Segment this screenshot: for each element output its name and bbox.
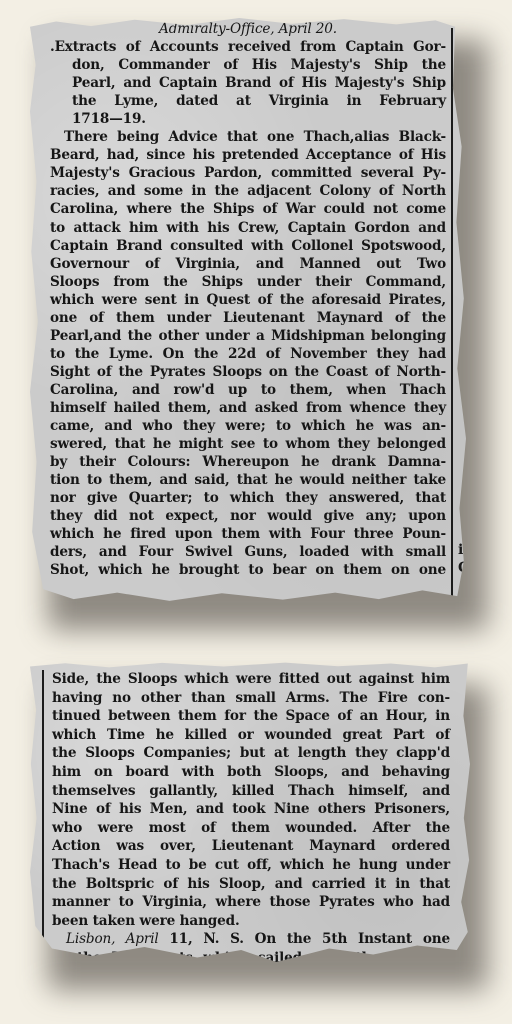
text-line: ders, and Four Swivel Guns, loaded with … [50, 543, 446, 561]
text-line: by their Colours: Whereupon he drank Dam… [50, 453, 446, 471]
text-line: having no other than small Arms. The Fir… [52, 689, 450, 708]
text-line: Beard, had, since his pretended Acceptan… [50, 146, 446, 164]
text-line: they did not expect, nor would give any;… [50, 507, 446, 525]
text-line: Pearl,and the other under a Midshipman b… [50, 327, 446, 345]
newspaper-clipping-bottom: Side, the Sloops which were fitted out a… [30, 662, 470, 962]
article-heading: Admiralty-Office, April 20. [50, 20, 446, 38]
text-line: which he fired upon them with Four three… [50, 525, 446, 543]
text-line: Carolina, where the Ships of War could n… [50, 200, 446, 218]
text-line: tion to them, and said, that he would ne… [50, 471, 446, 489]
column-rule [451, 28, 453, 598]
text-line: There being Advice that one Thach,alias … [50, 128, 446, 146]
text-line: the Sloops Companies; but at length they… [52, 744, 450, 763]
text-line: themselves gallantly, killed Thach himse… [52, 782, 450, 801]
text-line: who were most of them wounded. After the [52, 819, 450, 838]
text-line: swered, that he might see to whom they b… [50, 435, 446, 453]
dateline: Lisbon, April 11, N. S. On the 5th Insta… [52, 930, 450, 949]
text-line: Sight of the Pyrates Sloops on the Coast… [50, 363, 446, 381]
dateline-text: 11, N. S. On the 5th Instant one [159, 931, 450, 947]
text-line: nor give Quarter; to which they answered… [50, 489, 446, 507]
text-line: Sloops from the Ships under their Comman… [50, 273, 446, 291]
text-line: to the Lyme. On the 22d of November they… [50, 345, 446, 363]
text-line: Action was over, Lieutenant Maynard orde… [52, 837, 450, 856]
text-line: Majesty's Gracious Pardon, committed sev… [50, 164, 446, 182]
text-line: Pearl, and Captain Brand of His Majesty'… [50, 74, 446, 92]
text-line: Thach's Head to be cut off, which he hun… [52, 856, 450, 875]
text-line: which Time he killed or wounded great Pa… [52, 726, 450, 745]
text-line: himself hailed them, and asked from when… [50, 399, 446, 417]
text-line: racies, and some in the adjacent Colony … [50, 182, 446, 200]
text-line: .Extracts of Accounts received from Capt… [50, 38, 446, 56]
text-line: been taken were hanged. [52, 912, 450, 931]
text-line: Side, the Sloops which were fitted out a… [52, 670, 450, 689]
text-line: to attack him with his Crew, Captain Gor… [50, 219, 446, 237]
text-line: Carolina, and row'd up to them, when Tha… [50, 381, 446, 399]
text-line: which were sent in Quest of the aforesai… [50, 291, 446, 309]
text-line: the Lyme, dated at Virginia in February [50, 92, 446, 110]
dateline-place: Lisbon, April [66, 931, 159, 947]
text-line: him on board with both Sloops, and behav… [52, 763, 450, 782]
article-column-top: Admiralty-Office, April 20. .Extracts of… [50, 20, 446, 579]
text-line: Captain Brand consulted with Collonel Sp… [50, 237, 446, 255]
article-column-bottom: Side, the Sloops which were fitted out a… [52, 670, 450, 968]
text-line: don, Commander of His Majesty's Ship the [50, 56, 446, 74]
text-line: Shot, which he brought to bear on them o… [50, 561, 446, 579]
text-line: Governour of Virginia, and Manned out Tw… [50, 255, 446, 273]
text-line: 1718—19. [50, 110, 446, 128]
column-rule [42, 670, 44, 948]
text-line: the Boltspric of his Sloop, and carried … [52, 875, 450, 894]
text-line: manner to Virginia, where those Pyrates … [52, 893, 450, 912]
text-line: one of them under Lieutenant Maynard of … [50, 309, 446, 327]
text-line: Nine of his Men, and took Nine others Pr… [52, 800, 450, 819]
text-line: came, and who they were; to which he was… [50, 417, 446, 435]
newspaper-clipping-top: Admiralty-Office, April 20. .Extracts of… [30, 18, 466, 602]
text-line: tinued between them for the Space of an … [52, 707, 450, 726]
